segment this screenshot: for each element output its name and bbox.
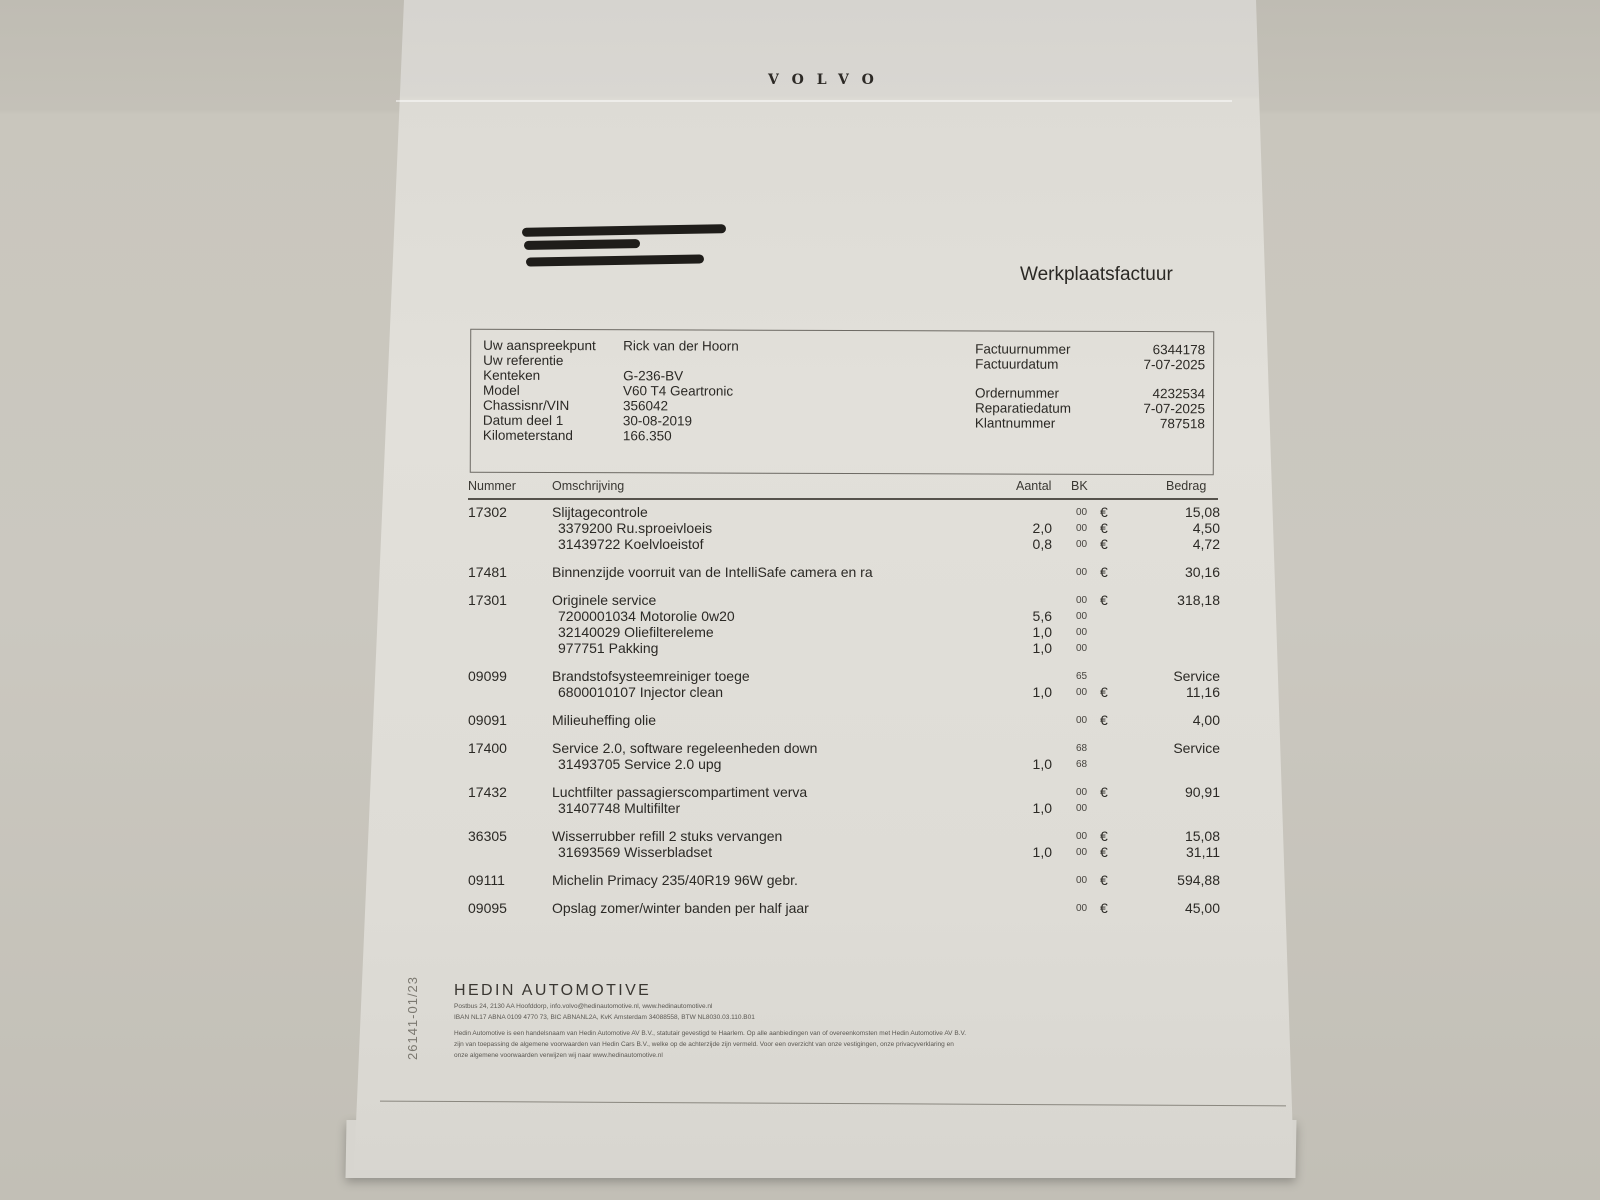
invoice-item: 36305Wisserrubber refill 2 stuks vervang… [440, 828, 1240, 860]
table-row: 31407748 Multifilter1,000 [440, 800, 1240, 816]
info-label: Chassisnr/VIN [483, 398, 623, 413]
table-row: 31693569 Wisserbladset1,000€31,11 [440, 844, 1240, 860]
header-nummer: Nummer [468, 479, 516, 493]
header-bedrag: Bedrag [1166, 479, 1206, 493]
table-row: 17302Slijtagecontrole00€15,08 [440, 504, 1240, 520]
item-description: Binnenzijde voorruit van de IntelliSafe … [552, 564, 873, 580]
item-description: 3379200 Ru.sproeivloeis [558, 520, 712, 536]
item-description: Originele service [552, 592, 656, 608]
item-amount: 31,11 [1130, 844, 1220, 860]
item-description: Opslag zomer/winter banden per half jaar [552, 900, 809, 916]
invoice-item: 17481Binnenzijde voorruit van de Intelli… [440, 564, 1240, 580]
footer: HEDIN AUTOMOTIVE Postbus 24, 2130 AA Hoo… [454, 982, 966, 1060]
info-label: Kilometerstand [483, 428, 623, 443]
meta-row: Factuurdatum7-07-2025 [975, 356, 1205, 372]
item-bk-code: 00 [1076, 539, 1087, 550]
item-quantity: 1,0 [1008, 844, 1052, 860]
meta-value: 7-07-2025 [1125, 401, 1205, 416]
info-row: Chassisnr/VIN356042 [483, 398, 739, 414]
info-row: KentekenG-236-BV [483, 368, 739, 384]
info-row: Uw referentie [483, 353, 739, 369]
item-number: 17301 [468, 592, 507, 608]
item-quantity: 2,0 [1008, 520, 1052, 536]
item-description: Michelin Primacy 235/40R19 96W gebr. [552, 872, 798, 888]
item-description: Slijtagecontrole [552, 504, 648, 520]
item-bk-code: 00 [1076, 875, 1087, 886]
currency-symbol: € [1100, 520, 1108, 536]
item-description: Service 2.0, software regeleenheden down [552, 740, 817, 756]
table-row: 3379200 Ru.sproeivloeis2,000€4,50 [440, 520, 1240, 536]
item-description: 31439722 Koelvloeistof [558, 536, 704, 552]
item-quantity: 1,0 [1008, 684, 1052, 700]
meta-value: 4232534 [1125, 386, 1205, 401]
footer-legal-1: Hedin Automotive is een handelsnaam van … [454, 1030, 966, 1038]
meta-row: Klantnummer787518 [975, 415, 1205, 431]
currency-symbol: € [1100, 900, 1108, 916]
item-bk-code: 00 [1076, 715, 1087, 726]
item-bk-code: 00 [1076, 611, 1087, 622]
item-description: 31493705 Service 2.0 upg [558, 756, 721, 772]
item-amount: 90,91 [1130, 784, 1220, 800]
meta-label: Reparatiedatum [975, 400, 1125, 416]
item-description: 977751 Pakking [558, 640, 658, 656]
item-amount: 318,18 [1130, 592, 1220, 608]
item-description: Wisserrubber refill 2 stuks vervangen [552, 828, 782, 844]
item-bk-code: 00 [1076, 507, 1087, 518]
item-bk-code: 68 [1076, 743, 1087, 754]
invoice-item: 09111Michelin Primacy 235/40R19 96W gebr… [440, 872, 1240, 888]
meta-row: Factuurnummer6344178 [975, 341, 1205, 357]
info-value: 166.350 [623, 428, 672, 443]
info-row: Datum deel 130-08-2019 [483, 413, 739, 429]
item-number: 17302 [468, 504, 507, 520]
footer-address: Postbus 24, 2130 AA Hoofddorp, info.volv… [454, 1003, 966, 1011]
item-number: 17432 [468, 784, 507, 800]
info-label: Datum deel 1 [483, 413, 623, 428]
currency-symbol: € [1100, 684, 1108, 700]
table-row: 17481Binnenzijde voorruit van de Intelli… [440, 564, 1240, 580]
item-amount: Service [1130, 668, 1220, 684]
currency-symbol: € [1100, 504, 1108, 520]
item-quantity: 1,0 [1008, 624, 1052, 640]
item-quantity: 0,8 [1008, 536, 1052, 552]
currency-symbol: € [1100, 784, 1108, 800]
meta-label: Ordernummer [975, 385, 1125, 401]
item-description: Luchtfilter passagierscompartiment verva [552, 784, 807, 800]
meta-row: Reparatiedatum7-07-2025 [975, 400, 1205, 416]
invoice-item: 09095Opslag zomer/winter banden per half… [440, 900, 1240, 916]
info-label: Uw referentie [483, 353, 623, 368]
item-amount: 594,88 [1130, 872, 1220, 888]
item-bk-code: 00 [1076, 567, 1087, 578]
item-description: 7200001034 Motorolie 0w20 [558, 608, 735, 624]
item-bk-code: 00 [1076, 903, 1087, 914]
form-code: 26141-01/23 [405, 976, 420, 1060]
invoice-item: 09091Milieuheffing olie00€4,00 [440, 712, 1240, 728]
item-number: 09099 [468, 668, 507, 684]
invoice-item: 17400Service 2.0, software regeleenheden… [440, 740, 1240, 772]
item-amount: 4,72 [1130, 536, 1220, 552]
item-number: 17481 [468, 564, 507, 580]
currency-symbol: € [1100, 828, 1108, 844]
info-row: Kilometerstand166.350 [483, 428, 739, 444]
table-row: 09111Michelin Primacy 235/40R19 96W gebr… [440, 872, 1240, 888]
currency-symbol: € [1100, 844, 1108, 860]
item-bk-code: 65 [1076, 671, 1087, 682]
item-bk-code: 00 [1076, 643, 1087, 654]
table-row: 977751 Pakking1,000 [440, 640, 1240, 656]
item-quantity: 5,6 [1008, 608, 1052, 624]
vehicle-info: Uw aanspreekpuntRick van der HoornUw ref… [483, 338, 739, 444]
table-header: Nummer Omschrijving Aantal BK Bedrag [440, 476, 1240, 498]
item-number: 09091 [468, 712, 507, 728]
item-amount: Service [1130, 740, 1220, 756]
footer-bank: IBAN NL17 ABNA 0109 4770 73, BIC ABNANL2… [454, 1014, 966, 1022]
info-value: G-236-BV [623, 368, 683, 383]
item-number: 09095 [468, 900, 507, 916]
item-description: 31407748 Multifilter [558, 800, 680, 816]
header-omschrijving: Omschrijving [552, 479, 624, 493]
footer-brand: HEDIN AUTOMOTIVE [454, 982, 966, 1000]
invoice-item: 17302Slijtagecontrole00€15,083379200 Ru.… [440, 504, 1240, 552]
footer-legal-2: zijn van toepassing de algemene voorwaar… [454, 1041, 966, 1049]
table-row: 32140029 Oliefiltereleme1,000 [440, 624, 1240, 640]
table-row: 6800010107 Injector clean1,000€11,16 [440, 684, 1240, 700]
currency-symbol: € [1100, 872, 1108, 888]
meta-value: 787518 [1125, 416, 1205, 431]
table-row: 17301Originele service00€318,18 [440, 592, 1240, 608]
item-bk-code: 00 [1076, 627, 1087, 638]
item-bk-code: 68 [1076, 759, 1087, 770]
item-bk-code: 00 [1076, 523, 1087, 534]
table-row: 7200001034 Motorolie 0w205,600 [440, 608, 1240, 624]
header-rule [468, 498, 1218, 500]
currency-symbol: € [1100, 564, 1108, 580]
item-amount: 45,00 [1130, 900, 1220, 916]
meta-label: Klantnummer [975, 415, 1125, 431]
info-value: 356042 [623, 398, 668, 413]
info-label: Model [483, 383, 623, 398]
item-amount: 4,50 [1130, 520, 1220, 536]
info-value: 30-08-2019 [623, 413, 692, 428]
item-bk-code: 00 [1076, 831, 1087, 842]
table-body: 17302Slijtagecontrole00€15,083379200 Ru.… [440, 498, 1240, 928]
item-number: 17400 [468, 740, 507, 756]
table-row: 31493705 Service 2.0 upg1,068 [440, 756, 1240, 772]
invoice-lines-table: Nummer Omschrijving Aantal BK Bedrag 173… [440, 476, 1240, 928]
item-description: 32140029 Oliefiltereleme [558, 624, 714, 640]
item-description: 31693569 Wisserbladset [558, 844, 712, 860]
meta-value: 7-07-2025 [1125, 357, 1205, 372]
item-amount: 30,16 [1130, 564, 1220, 580]
meta-row: Ordernummer4232534 [975, 385, 1205, 401]
volvo-logo: VOLVO [768, 72, 887, 88]
meta-label: Factuurnummer [975, 341, 1125, 357]
info-label: Uw aanspreekpunt [483, 338, 623, 353]
table-row: 09091Milieuheffing olie00€4,00 [440, 712, 1240, 728]
item-bk-code: 00 [1076, 687, 1087, 698]
header-bk: BK [1071, 479, 1088, 493]
document-title: Werkplaatsfactuur [1020, 264, 1173, 286]
table-row: 09095Opslag zomer/winter banden per half… [440, 900, 1240, 916]
fold-line [396, 100, 1232, 102]
info-row: Uw aanspreekpuntRick van der Hoorn [483, 338, 739, 354]
header-aantal: Aantal [1016, 479, 1051, 493]
invoice-meta: Factuurnummer6344178Factuurdatum7-07-202… [975, 341, 1205, 431]
item-amount: 4,00 [1130, 712, 1220, 728]
info-value: Rick van der Hoorn [623, 338, 739, 353]
item-bk-code: 00 [1076, 803, 1087, 814]
table-row: 17400Service 2.0, software regeleenheden… [440, 740, 1240, 756]
invoice-info-box: Uw aanspreekpuntRick van der HoornUw ref… [470, 329, 1214, 476]
item-amount: 15,08 [1130, 828, 1220, 844]
item-amount: 15,08 [1130, 504, 1220, 520]
table-row: 31439722 Koelvloeistof0,800€4,72 [440, 536, 1240, 552]
item-number: 36305 [468, 828, 507, 844]
info-row: ModelV60 T4 Geartronic [483, 383, 739, 399]
item-quantity: 1,0 [1008, 640, 1052, 656]
item-bk-code: 00 [1076, 847, 1087, 858]
meta-label: Factuurdatum [975, 356, 1125, 372]
item-description: Brandstofsysteemreiniger toege [552, 668, 750, 684]
currency-symbol: € [1100, 712, 1108, 728]
table-row: 36305Wisserrubber refill 2 stuks vervang… [440, 828, 1240, 844]
meta-value: 6344178 [1125, 342, 1205, 357]
info-value: V60 T4 Geartronic [623, 383, 733, 398]
currency-symbol: € [1100, 536, 1108, 552]
currency-symbol: € [1100, 592, 1108, 608]
table-row: 09099Brandstofsysteemreiniger toege65Ser… [440, 668, 1240, 684]
item-bk-code: 00 [1076, 595, 1087, 606]
invoice-item: 09099Brandstofsysteemreiniger toege65Ser… [440, 668, 1240, 700]
item-amount: 11,16 [1130, 684, 1220, 700]
invoice-item: 17432Luchtfilter passagierscompartiment … [440, 784, 1240, 816]
invoice-item: 17301Originele service00€318,18720000103… [440, 592, 1240, 656]
item-quantity: 1,0 [1008, 756, 1052, 772]
footer-legal-3: onze algemene voorwaarden verwijzen wij … [454, 1052, 966, 1060]
item-quantity: 1,0 [1008, 800, 1052, 816]
item-bk-code: 00 [1076, 787, 1087, 798]
item-number: 09111 [468, 872, 505, 888]
info-label: Kenteken [483, 368, 623, 383]
item-description: 6800010107 Injector clean [558, 684, 723, 700]
item-description: Milieuheffing olie [552, 712, 656, 728]
table-row: 17432Luchtfilter passagierscompartiment … [440, 784, 1240, 800]
